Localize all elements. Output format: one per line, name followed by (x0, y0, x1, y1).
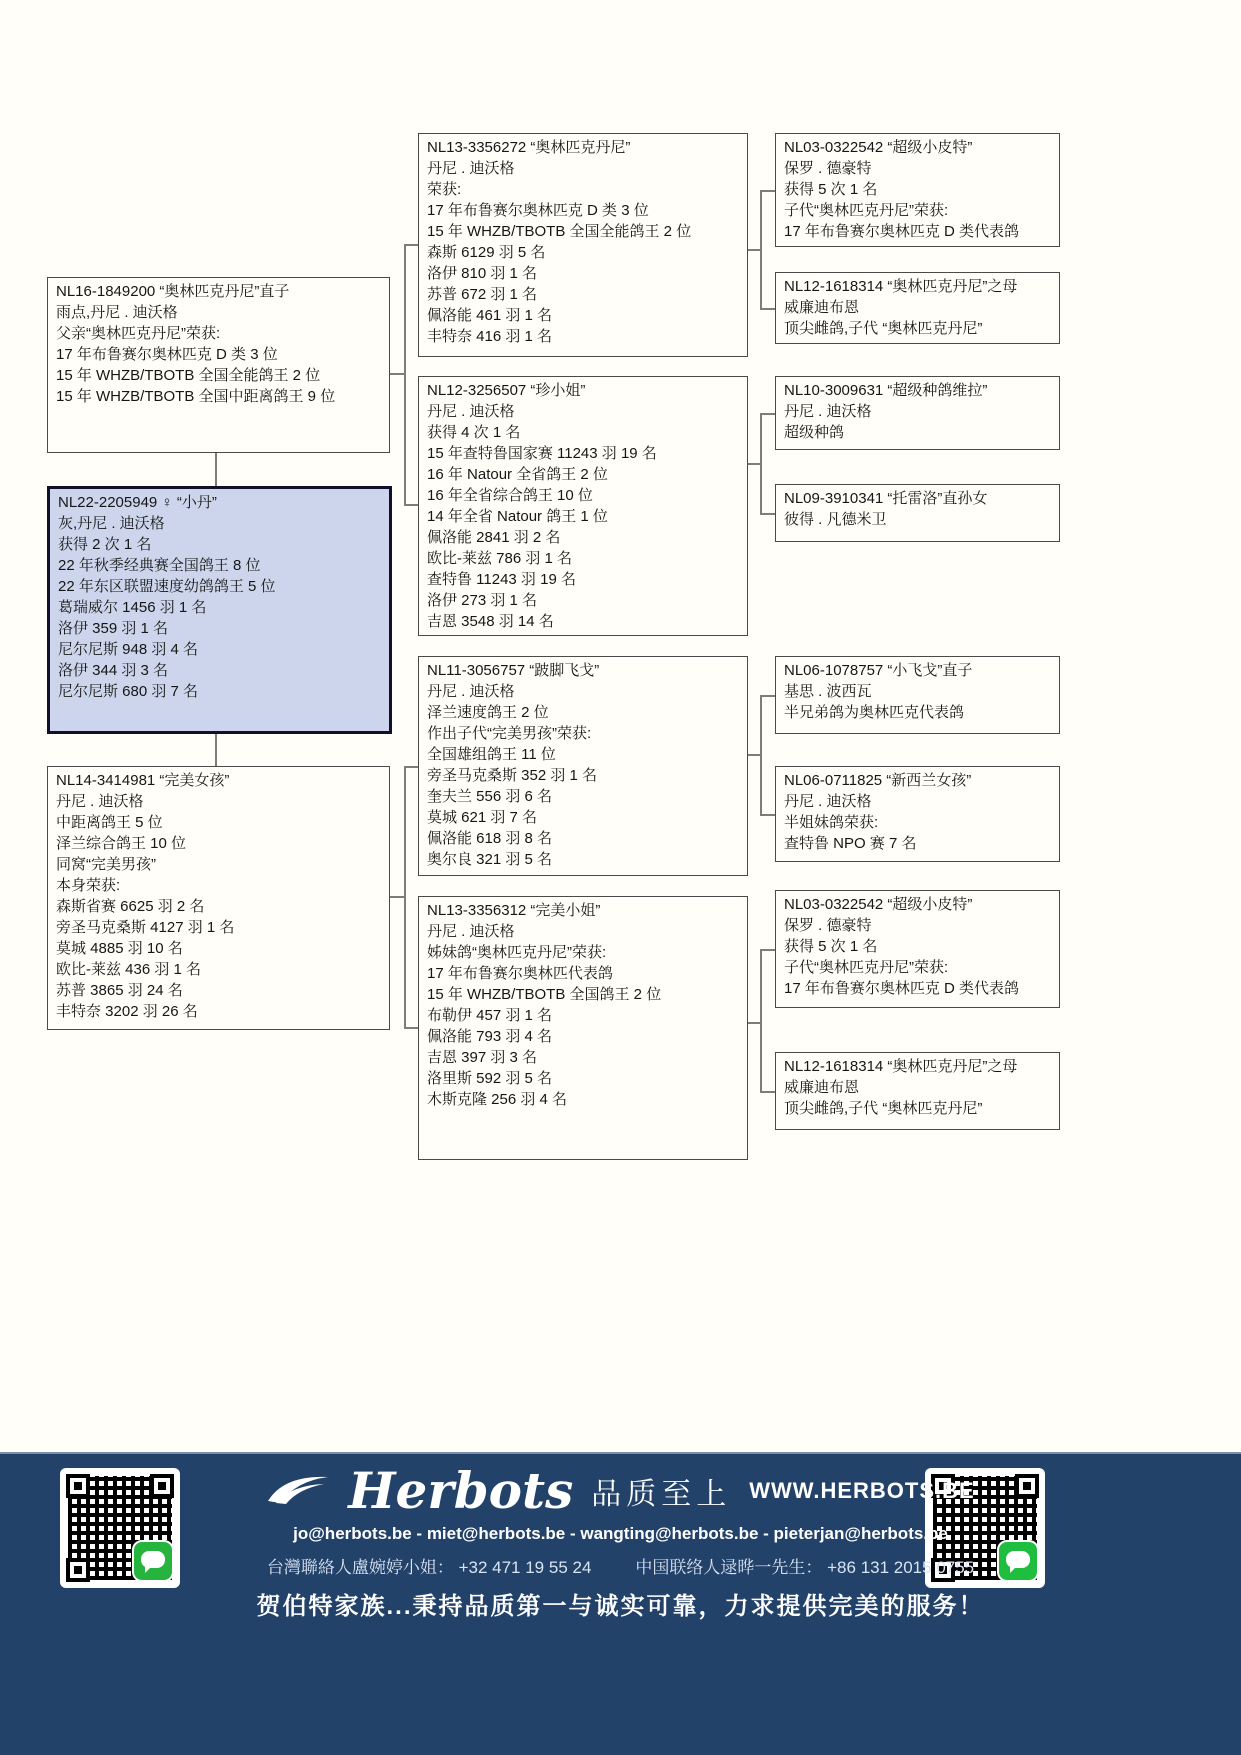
pedigree-box-title: NL12-3256507 “珍小姐” (427, 380, 739, 401)
pedigree-line: 获得 2 次 1 名 (58, 534, 381, 555)
pedigree-line: 尼尔尼斯 948 羽 4 名 (58, 639, 381, 660)
footer-band: Herbots 品质至上 WWW.HERBOTS.BE jo@herbots.b… (0, 1452, 1241, 1755)
pedigree-line: 苏普 672 羽 1 名 (427, 284, 739, 305)
pedigree-box-lines: 丹尼 . 迪沃格获得 4 次 1 名15 年查特鲁国家赛 11243 羽 19 … (427, 401, 739, 632)
pedigree-line: 丹尼 . 迪沃格 (427, 401, 739, 422)
pedigree-line: 木斯克隆 256 羽 4 名 (427, 1089, 739, 1110)
pedigree-box-ss-sire: NL03-0322542 “超级小皮特” 保罗 . 德豪特获得 5 次 1 名子… (775, 133, 1060, 247)
pedigree-line: 丹尼 . 迪沃格 (56, 791, 381, 812)
pedigree-line: 获得 4 次 1 名 (427, 422, 739, 443)
pedigree-line: 15 年 WHZB/TBOTB 全国全能鸽王 2 位 (56, 365, 381, 386)
connector-line (760, 949, 762, 1093)
pedigree-line: 荣获: (427, 179, 739, 200)
pedigree-line: 15 年 WHZB/TBOTB 全国中距离鸽王 9 位 (56, 386, 381, 407)
pedigree-line: 22 年东区联盟速度幼鸽鸽王 5 位 (58, 576, 381, 597)
pedigree-line: 保罗 . 德豪特 (784, 915, 1051, 936)
connector-line (404, 1027, 418, 1029)
pedigree-line: 查特鲁 11243 羽 19 名 (427, 569, 739, 590)
pedigree-line: 吉恩 3548 羽 14 名 (427, 611, 739, 632)
pedigree-line: 佩洛能 618 羽 8 名 (427, 828, 739, 849)
pedigree-line: 16 年 Natour 全省鸽王 2 位 (427, 464, 739, 485)
pedigree-line: 14 年全省 Natour 鸽王 1 位 (427, 506, 739, 527)
pedigree-box-title: NL12-1618314 “奥林匹克丹尼”之母 (784, 1056, 1051, 1077)
pedigree-line: 本身荣获: (56, 875, 381, 896)
pedigree-line: 森斯省赛 6625 羽 2 名 (56, 896, 381, 917)
pedigree-page: NL16-1849200 “奥林匹克丹尼”直子 雨点,丹尼 . 迪沃格父亲“奥林… (0, 0, 1241, 1755)
pedigree-line: 洛伊 344 羽 3 名 (58, 660, 381, 681)
connector-line (390, 373, 404, 375)
pedigree-box-title: NL06-0711825 “新西兰女孩” (784, 770, 1051, 791)
pedigree-line: 威廉迪布恩 (784, 297, 1051, 318)
pedigree-box-title: NL22-2205949 ♀ “小丹” (58, 492, 381, 513)
pedigree-line: 洛伊 359 羽 1 名 (58, 618, 381, 639)
connector-line (215, 734, 217, 766)
pedigree-line: 丰特奈 416 羽 1 名 (427, 326, 739, 347)
pedigree-line: 获得 5 次 1 名 (784, 179, 1051, 200)
pedigree-box-title: NL06-1078757 “小飞戈”直子 (784, 660, 1051, 681)
connector-line (748, 1022, 760, 1024)
connector-line (404, 244, 406, 506)
footer-tagline: 贺伯特家族...秉持品质第一与诚实可靠，力求提供完美的服务！ (0, 1586, 1241, 1621)
connector-line (760, 1091, 775, 1093)
pedigree-box-lines: 雨点,丹尼 . 迪沃格父亲“奥林匹克丹尼”荣获:17 年布鲁赛尔奥林匹克 D 类… (56, 302, 381, 407)
pedigree-line: 尼尔尼斯 680 羽 7 名 (58, 681, 381, 702)
pedigree-line: 丹尼 . 迪沃格 (784, 401, 1051, 422)
pedigree-line: 洛里斯 592 羽 5 名 (427, 1068, 739, 1089)
pedigree-line: 顶尖雌鸽,子代 “奥林匹克丹尼” (784, 318, 1051, 339)
contacts-row: 台灣聯絡人盧婉婷小姐： +32 471 19 55 24 中国联络人逯晔一先生：… (0, 1553, 1241, 1578)
pedigree-box-lines: 丹尼 . 迪沃格中距离鸽王 5 位泽兰综合鸽王 10 位同窝“完美男孩”本身荣获… (56, 791, 381, 1022)
pedigree-box-sire-dam: NL12-3256507 “珍小姐” 丹尼 . 迪沃格获得 4 次 1 名15 … (418, 376, 748, 636)
pedigree-box-title: NL03-0322542 “超级小皮特” (784, 894, 1051, 915)
pedigree-box-sire: NL16-1849200 “奥林匹克丹尼”直子 雨点,丹尼 . 迪沃格父亲“奥林… (47, 277, 390, 453)
connector-line (390, 896, 404, 898)
connector-line (760, 513, 775, 515)
pedigree-line: 丹尼 . 迪沃格 (427, 681, 739, 702)
connector-line (760, 695, 762, 816)
pedigree-box-ds-sire: NL06-1078757 “小飞戈”直子 基思 . 波西瓦半兄弟鸽为奥林匹克代表… (775, 656, 1060, 734)
pedigree-box-lines: 保罗 . 德豪特获得 5 次 1 名子代“奥林匹克丹尼”荣获:17 年布鲁赛尔奥… (784, 915, 1051, 999)
pedigree-line: 中距离鸽王 5 位 (56, 812, 381, 833)
pedigree-line: 森斯 6129 羽 5 名 (427, 242, 739, 263)
pedigree-line: 半姐妹鸽荣获: (784, 812, 1051, 833)
pedigree-line: 父亲“奥林匹克丹尼”荣获: (56, 323, 381, 344)
pedigree-line: 同窝“完美男孩” (56, 854, 381, 875)
pedigree-line: 丹尼 . 迪沃格 (784, 791, 1051, 812)
pedigree-line: 佩洛能 2841 羽 2 名 (427, 527, 739, 548)
pedigree-line: 顶尖雌鸽,子代 “奥林匹克丹尼” (784, 1098, 1051, 1119)
connector-line (760, 413, 762, 515)
pedigree-line: 布勒伊 457 羽 1 名 (427, 1005, 739, 1026)
pedigree-line: 威廉迪布恩 (784, 1077, 1051, 1098)
pedigree-line: 查特鲁 NPO 赛 7 名 (784, 833, 1051, 854)
pedigree-line: 基思 . 波西瓦 (784, 681, 1051, 702)
pedigree-line: 子代“奥林匹克丹尼”荣获: (784, 200, 1051, 221)
pedigree-box-lines: 基思 . 波西瓦半兄弟鸽为奥林匹克代表鸽 (784, 681, 1051, 723)
pedigree-line: 雨点,丹尼 . 迪沃格 (56, 302, 381, 323)
pedigree-box-title: NL14-3414981 “完美女孩” (56, 770, 381, 791)
pedigree-box-title: NL10-3009631 “超级种鸽维拉” (784, 380, 1051, 401)
pedigree-box-sd-dam: NL09-3910341 “托雷洛”直孙女 彼得 . 凡德米卫 (775, 484, 1060, 542)
pedigree-box-title: NL16-1849200 “奥林匹克丹尼”直子 (56, 281, 381, 302)
pedigree-line: 佩洛能 793 羽 4 名 (427, 1026, 739, 1047)
pedigree-box-lines: 保罗 . 德豪特获得 5 次 1 名子代“奥林匹克丹尼”荣获:17 年布鲁赛尔奥… (784, 158, 1051, 242)
pedigree-box-title: NL13-3356312 “完美小姐” (427, 900, 739, 921)
pedigree-line: 欧比-莱兹 436 羽 1 名 (56, 959, 381, 980)
pedigree-line: 吉恩 397 羽 3 名 (427, 1047, 739, 1068)
pedigree-line: 17 年布鲁赛尔奥林匹克 D 类 3 位 (427, 200, 739, 221)
brand-row: Herbots 品质至上 WWW.HERBOTS.BE (0, 1462, 1241, 1520)
wing-logo-icon (266, 1471, 330, 1512)
connector-line (748, 463, 760, 465)
pedigree-box-lines: 丹尼 . 迪沃格姊妹鸽“奥林匹克丹尼”荣获:17 年布鲁赛尔奥林匹代表鸽15 年… (427, 921, 739, 1110)
connector-line (404, 244, 418, 246)
pedigree-line: 作出子代“完美男孩”荣获: (427, 723, 739, 744)
pedigree-line: 莫城 621 羽 7 名 (427, 807, 739, 828)
pedigree-box-title: NL03-0322542 “超级小皮特” (784, 137, 1051, 158)
pedigree-line: 莫城 4885 羽 10 名 (56, 938, 381, 959)
pedigree-line: 15 年 WHZB/TBOTB 全国鸽王 2 位 (427, 984, 739, 1005)
connector-line (404, 766, 406, 1029)
pedigree-line: 欧比-莱兹 786 羽 1 名 (427, 548, 739, 569)
pedigree-box-lines: 丹尼 . 迪沃格荣获:17 年布鲁赛尔奥林匹克 D 类 3 位15 年 WHZB… (427, 158, 739, 347)
pedigree-box-title: NL12-1618314 “奥林匹克丹尼”之母 (784, 276, 1051, 297)
connector-line (404, 766, 418, 768)
email-addresses: jo@herbots.be - miet@herbots.be - wangti… (0, 1524, 1241, 1544)
pedigree-line: 超级种鸽 (784, 422, 1051, 443)
pedigree-line: 葛瑞威尔 1456 羽 1 名 (58, 597, 381, 618)
pedigree-box-dam-dam: NL13-3356312 “完美小姐” 丹尼 . 迪沃格姊妹鸽“奥林匹克丹尼”荣… (418, 896, 748, 1160)
pedigree-line: 17 年布鲁赛尔奥林匹代表鸽 (427, 963, 739, 984)
pedigree-box-dam-sire: NL11-3056757 “跛脚飞戈” 丹尼 . 迪沃格泽兰速度鸽王 2 位作出… (418, 656, 748, 876)
pedigree-box-lines: 威廉迪布恩顶尖雌鸽,子代 “奥林匹克丹尼” (784, 297, 1051, 339)
pedigree-line: 获得 5 次 1 名 (784, 936, 1051, 957)
pedigree-line: 泽兰速度鸽王 2 位 (427, 702, 739, 723)
pedigree-line: 奥尔良 321 羽 5 名 (427, 849, 739, 870)
pedigree-box-dd-sire: NL03-0322542 “超级小皮特” 保罗 . 德豪特获得 5 次 1 名子… (775, 890, 1060, 1008)
pedigree-line: 苏普 3865 羽 24 名 (56, 980, 381, 1001)
pedigree-line: 子代“奥林匹克丹尼”荣获: (784, 957, 1051, 978)
connector-line (748, 249, 760, 251)
pedigree-box-subject: NL22-2205949 ♀ “小丹” 灰,丹尼 . 迪沃格获得 2 次 1 名… (47, 486, 392, 734)
pedigree-line: 15 年 WHZB/TBOTB 全国全能鸽王 2 位 (427, 221, 739, 242)
pedigree-box-lines: 威廉迪布恩顶尖雌鸽,子代 “奥林匹克丹尼” (784, 1077, 1051, 1119)
pedigree-box-sire-sire: NL13-3356272 “奥林匹克丹尼” 丹尼 . 迪沃格荣获:17 年布鲁赛… (418, 133, 748, 357)
pedigree-line: 奎夫兰 556 羽 6 名 (427, 786, 739, 807)
connector-line (760, 190, 775, 192)
pedigree-line: 17 年布鲁赛尔奥林匹克 D 类 3 位 (56, 344, 381, 365)
pedigree-line: 丹尼 . 迪沃格 (427, 921, 739, 942)
pedigree-line: 洛伊 810 羽 1 名 (427, 263, 739, 284)
pedigree-line: 16 年全省综合鸽王 10 位 (427, 485, 739, 506)
connector-line (760, 308, 775, 310)
pedigree-box-title: NL11-3056757 “跛脚飞戈” (427, 660, 739, 681)
pedigree-box-lines: 丹尼 . 迪沃格半姐妹鸽荣获:查特鲁 NPO 赛 7 名 (784, 791, 1051, 854)
website-url: WWW.HERBOTS.BE (749, 1478, 974, 1504)
pedigree-box-sd-sire: NL10-3009631 “超级种鸽维拉” 丹尼 . 迪沃格超级种鸽 (775, 376, 1060, 450)
brand-slogan-cn: 品质至上 (591, 1469, 731, 1513)
pedigree-line: 彼得 . 凡德米卫 (784, 509, 1051, 530)
connector-line (760, 949, 775, 951)
pedigree-box-dam: NL14-3414981 “完美女孩” 丹尼 . 迪沃格中距离鸽王 5 位泽兰综… (47, 766, 390, 1030)
pedigree-box-title: NL13-3356272 “奥林匹克丹尼” (427, 137, 739, 158)
pedigree-box-ss-dam: NL12-1618314 “奥林匹克丹尼”之母 威廉迪布恩顶尖雌鸽,子代 “奥林… (775, 272, 1060, 344)
pedigree-line: 15 年查特鲁国家赛 11243 羽 19 名 (427, 443, 739, 464)
pedigree-box-dd-dam: NL12-1618314 “奥林匹克丹尼”之母 威廉迪布恩顶尖雌鸽,子代 “奥林… (775, 1052, 1060, 1130)
pedigree-box-lines: 灰,丹尼 . 迪沃格获得 2 次 1 名22 年秋季经典赛全国鸽王 8 位22 … (58, 513, 381, 702)
connector-line (760, 814, 775, 816)
connector-line (404, 504, 418, 506)
pedigree-line: 洛伊 273 羽 1 名 (427, 590, 739, 611)
connector-line (215, 453, 217, 486)
pedigree-line: 17 年布鲁赛尔奥林匹克 D 类代表鸽 (784, 978, 1051, 999)
pedigree-line: 泽兰综合鸽王 10 位 (56, 833, 381, 854)
pedigree-line: 姊妹鸽“奥林匹克丹尼”荣获: (427, 942, 739, 963)
connector-line (760, 413, 775, 415)
pedigree-line: 旁圣马克桑斯 352 羽 1 名 (427, 765, 739, 786)
pedigree-line: 灰,丹尼 . 迪沃格 (58, 513, 381, 534)
connector-line (748, 754, 760, 756)
connector-line (760, 695, 775, 697)
pedigree-line: 丹尼 . 迪沃格 (427, 158, 739, 179)
pedigree-box-lines: 丹尼 . 迪沃格超级种鸽 (784, 401, 1051, 443)
contact-taiwan: 台灣聯絡人盧婉婷小姐： +32 471 19 55 24 (267, 1553, 592, 1578)
pedigree-line: 保罗 . 德豪特 (784, 158, 1051, 179)
herbots-logo-text: Herbots (348, 1466, 573, 1516)
pedigree-line: 旁圣马克桑斯 4127 羽 1 名 (56, 917, 381, 938)
pedigree-line: 半兄弟鸽为奥林匹克代表鸽 (784, 702, 1051, 723)
pedigree-box-lines: 丹尼 . 迪沃格泽兰速度鸽王 2 位作出子代“完美男孩”荣获:全国雄组鸽王 11… (427, 681, 739, 870)
pedigree-line: 17 年布鲁赛尔奥林匹克 D 类代表鸽 (784, 221, 1051, 242)
pedigree-box-ds-dam: NL06-0711825 “新西兰女孩” 丹尼 . 迪沃格半姐妹鸽荣获:查特鲁 … (775, 766, 1060, 862)
pedigree-line: 22 年秋季经典赛全国鸽王 8 位 (58, 555, 381, 576)
pedigree-line: 全国雄组鸽王 11 位 (427, 744, 739, 765)
pedigree-line: 丰特奈 3202 羽 26 名 (56, 1001, 381, 1022)
pedigree-box-title: NL09-3910341 “托雷洛”直孙女 (784, 488, 1051, 509)
pedigree-box-lines: 彼得 . 凡德米卫 (784, 509, 1051, 530)
connector-line (760, 190, 762, 310)
pedigree-line: 佩洛能 461 羽 1 名 (427, 305, 739, 326)
contact-china: 中国联络人逯晔一先生： +86 131 2015 0755 (635, 1553, 974, 1578)
